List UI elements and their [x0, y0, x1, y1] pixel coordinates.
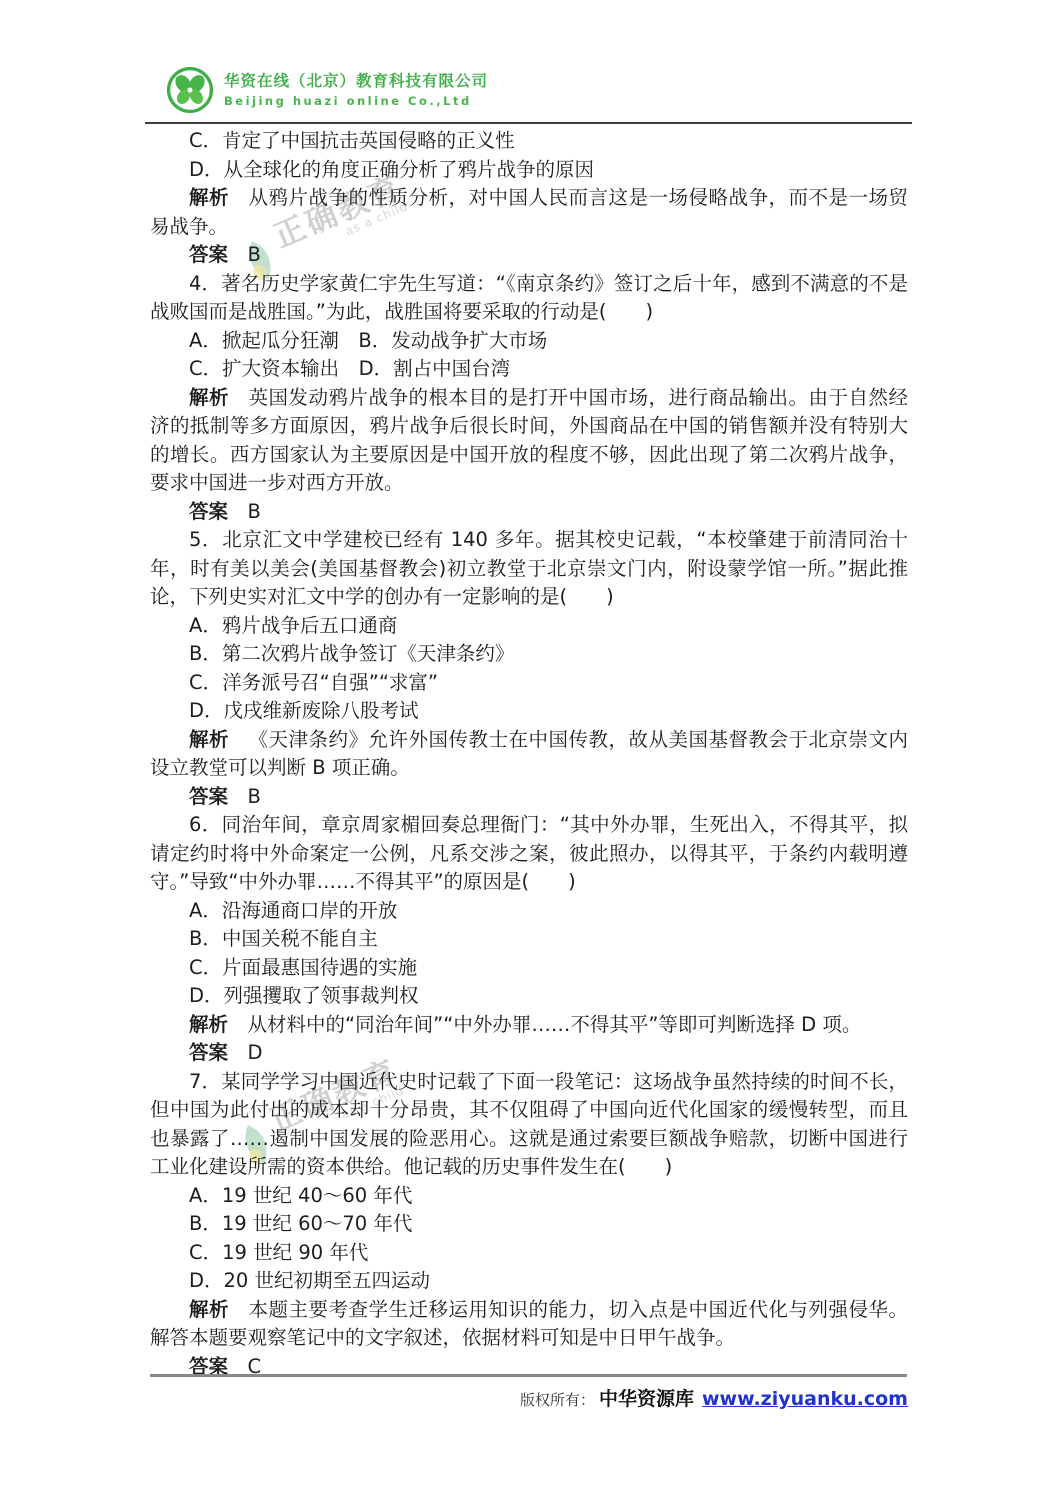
answer-line: 答案B — [150, 241, 908, 270]
option-row: A．沿海通商口岸的开放 — [150, 897, 908, 926]
copyright-label: 版权所有： — [520, 1391, 595, 1409]
answer-value: B — [248, 785, 261, 808]
answer-value: D — [248, 1041, 263, 1064]
option-row: B．19 世纪 60～70 年代 — [150, 1210, 908, 1239]
option-row: B．中国关税不能自主 — [150, 925, 908, 954]
question-body: 5．北京汇文中学建校已经有 140 多年。据其校史记载，“本校肇建于前清同治十年… — [150, 528, 908, 608]
analysis-body: 从鸦片战争的性质分析，对中国人民而言这是一场侵略战争，而不是一场贸易战争。 — [150, 186, 908, 238]
document-page: 华资在线（北京）教育科技有限公司 Beijing huazi online Co… — [0, 0, 1058, 1497]
option-body: C．19 世纪 90 年代 — [189, 1241, 368, 1264]
option-body: D．戊戌维新废除八股考试 — [189, 699, 419, 722]
option-body: D．从全球化的角度正确分析了鸦片战争的原因 — [189, 158, 594, 181]
analysis-label: 解析 — [189, 728, 229, 751]
answer-label: 答案 — [189, 1041, 228, 1064]
footer-divider — [150, 1374, 907, 1377]
option-body: C．肯定了中国抗击英国侵略的正义性 — [189, 129, 515, 152]
answer-label: 答案 — [189, 500, 228, 523]
analysis-label: 解析 — [189, 386, 229, 409]
option-body: A．掀起瓜分狂潮 B．发动战争扩大市场 — [189, 329, 547, 352]
option-body: A．沿海通商口岸的开放 — [189, 899, 397, 922]
butterfly-logo-icon — [166, 66, 214, 114]
option-body: C．片面最惠国待遇的实施 — [189, 956, 417, 979]
answer-value: B — [248, 243, 261, 266]
option-row: A．掀起瓜分狂潮 B．发动战争扩大市场 — [150, 327, 908, 356]
option-body: B．第二次鸦片战争签订《天津条约》 — [189, 642, 514, 665]
analysis-line: 解析从鸦片战争的性质分析，对中国人民而言这是一场侵略战争，而不是一场贸易战争。 — [150, 184, 908, 241]
question-text: 5．北京汇文中学建校已经有 140 多年。据其校史记载，“本校肇建于前清同治十年… — [150, 526, 908, 612]
option-body: B．19 世纪 60～70 年代 — [189, 1212, 412, 1235]
option-body: A．鸦片战争后五口通商 — [189, 614, 397, 637]
analysis-line: 解析本题主要考查学生迁移运用知识的能力，切入点是中国近代化与列强侵华。解答本题要… — [150, 1296, 908, 1353]
source-name: 中华资源库 — [599, 1388, 694, 1410]
company-header: 华资在线（北京）教育科技有限公司 Beijing huazi online Co… — [166, 66, 488, 114]
analysis-label: 解析 — [189, 186, 229, 209]
option-row: A．鸦片战争后五口通商 — [150, 612, 908, 641]
answer-label: 答案 — [189, 785, 228, 808]
answer-value: B — [248, 500, 261, 523]
question-text: 6．同治年间，章京周家楣回奏总理衙门：“其中外办罪，生死出入，不得其平，拟请定约… — [150, 811, 908, 897]
analysis-body: 英国发动鸦片战争的根本目的是打开中国市场，进行商品输出。由于自然经济的抵制等多方… — [150, 386, 908, 495]
answer-line: 答案B — [150, 783, 908, 812]
footer-url-link[interactable]: www.ziyuanku.com — [702, 1388, 908, 1410]
option-row: B．第二次鸦片战争签订《天津条约》 — [150, 640, 908, 669]
option-body: C．洋务派号召“自强”“求富” — [189, 671, 438, 694]
option-row: D．从全球化的角度正确分析了鸦片战争的原因 — [150, 156, 908, 185]
option-body: D．列强攫取了领事裁判权 — [189, 984, 419, 1007]
company-name-en: Beijing huazi online Co.,Ltd — [224, 93, 488, 109]
footer: 版权所有：中华资源库www.ziyuanku.com — [150, 1384, 908, 1411]
question-body: 7．某同学学习中国近代史时记载了下面一段笔记：这场战争虽然持续的时间不长，但中国… — [150, 1070, 908, 1179]
option-row: C．洋务派号召“自强”“求富” — [150, 669, 908, 698]
content-area: C．肯定了中国抗击英国侵略的正义性D．从全球化的角度正确分析了鸦片战争的原因解析… — [150, 127, 908, 1381]
option-row: D．戊戌维新废除八股考试 — [150, 697, 908, 726]
answer-label: 答案 — [189, 243, 228, 266]
option-row: C．片面最惠国待遇的实施 — [150, 954, 908, 983]
question-body: 6．同治年间，章京周家楣回奏总理衙门：“其中外办罪，生死出入，不得其平，拟请定约… — [150, 813, 908, 893]
option-body: B．中国关税不能自主 — [189, 927, 378, 950]
analysis-label: 解析 — [189, 1013, 228, 1036]
question-text: 7．某同学学习中国近代史时记载了下面一段笔记：这场战争虽然持续的时间不长，但中国… — [150, 1068, 908, 1182]
question-text: 4．著名历史学家黄仁宇先生写道：“《南京条约》签订之后十年，感到不满意的不是战败… — [150, 270, 908, 327]
option-row: D．20 世纪初期至五四运动 — [150, 1267, 908, 1296]
option-row: C．19 世纪 90 年代 — [150, 1239, 908, 1268]
analysis-line: 解析《天津条约》允许外国传教士在中国传教，故从美国基督教会于北京崇文内设立教堂可… — [150, 726, 908, 783]
option-row: A．19 世纪 40～60 年代 — [150, 1182, 908, 1211]
option-row: D．列强攫取了领事裁判权 — [150, 982, 908, 1011]
answer-line: 答案D — [150, 1039, 908, 1068]
option-body: D．20 世纪初期至五四运动 — [189, 1269, 430, 1292]
header-divider — [145, 122, 912, 124]
analysis-body: 本题主要考查学生迁移运用知识的能力，切入点是中国近代化与列强侵华。解答本题要观察… — [150, 1298, 908, 1350]
analysis-body: 从材料中的“同治年间”“中外办罪……不得其平”等即可判断选择 D 项。 — [248, 1013, 862, 1036]
question-body: 4．著名历史学家黄仁宇先生写道：“《南京条约》签订之后十年，感到不满意的不是战败… — [150, 272, 908, 324]
answer-line: 答案B — [150, 498, 908, 527]
option-row: C．扩大资本输出 D．割占中国台湾 — [150, 355, 908, 384]
option-row: C．肯定了中国抗击英国侵略的正义性 — [150, 127, 908, 156]
analysis-line: 解析从材料中的“同治年间”“中外办罪……不得其平”等即可判断选择 D 项。 — [150, 1011, 908, 1040]
company-name-cn: 华资在线（北京）教育科技有限公司 — [224, 71, 488, 91]
option-body: A．19 世纪 40～60 年代 — [189, 1184, 412, 1207]
analysis-body: 《天津条约》允许外国传教士在中国传教，故从美国基督教会于北京崇文内设立教堂可以判… — [150, 728, 908, 780]
analysis-line: 解析英国发动鸦片战争的根本目的是打开中国市场，进行商品输出。由于自然经济的抵制等… — [150, 384, 908, 498]
analysis-label: 解析 — [189, 1298, 229, 1321]
option-body: C．扩大资本输出 D．割占中国台湾 — [189, 357, 510, 380]
